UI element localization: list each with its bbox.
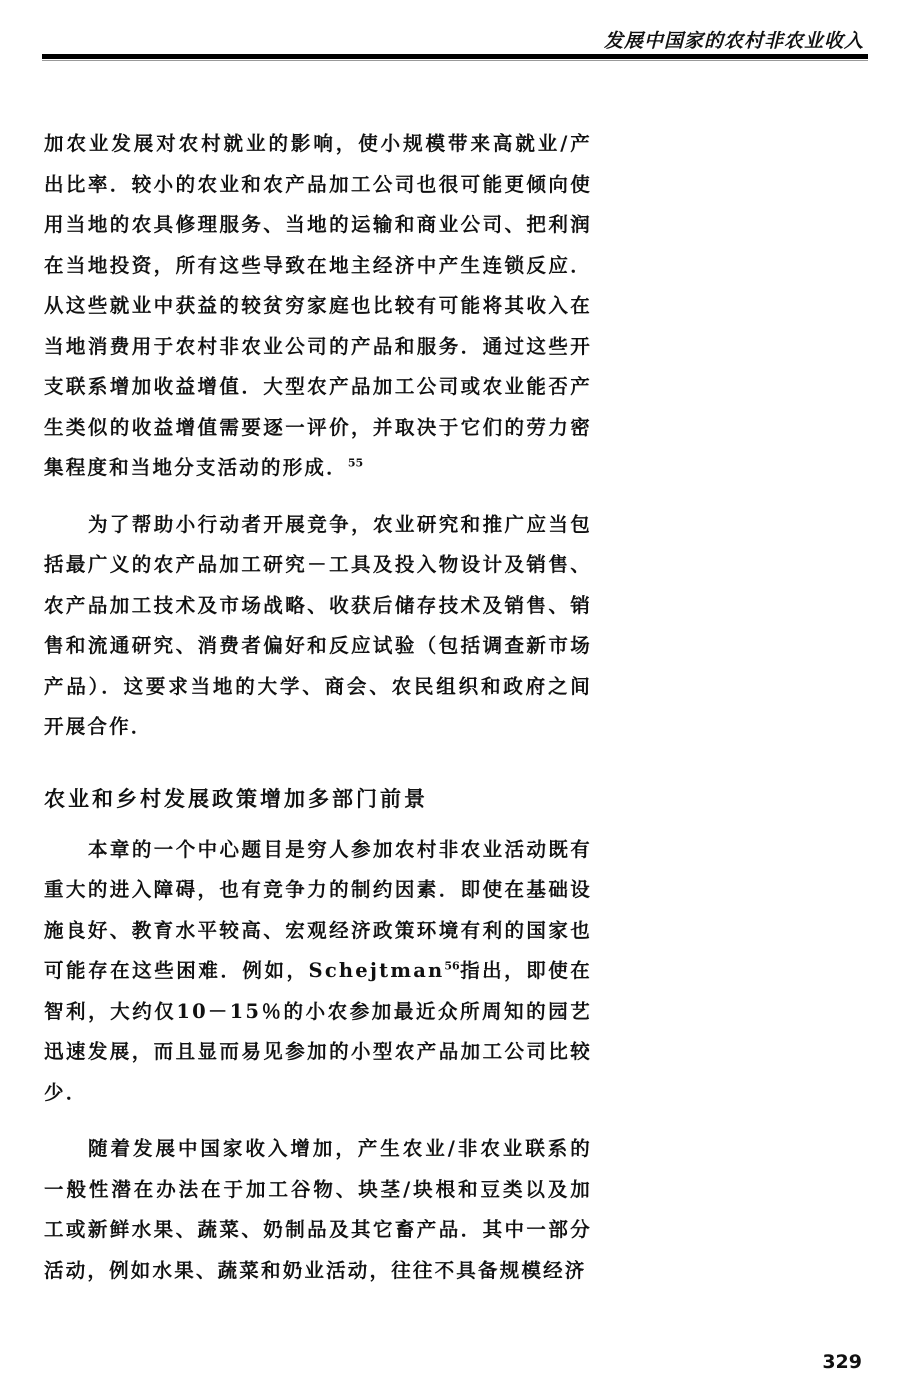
paragraph-3: 本章的一个中心题目是穷人参加农村非农业活动既有重大的进入障碍，也有竞争力的制约因… [44,830,592,1114]
paragraph-1: 加农业发展对农村就业的影响，使小规模带来高就业/产出比率．较小的农业和农产品加工… [44,124,592,489]
paragraph-4: 随着发展中国家收入增加，产生农业/非农业联系的一般性潜在办法在于加工谷物、块茎/… [44,1129,592,1291]
page-number: 329 [822,1351,862,1373]
footnote-ref-55: 55 [348,457,363,470]
running-head: 发展中国家的农村非农业收入 [604,26,864,53]
section-heading: 农业和乡村发展政策增加多部门前景 [44,782,592,816]
header-rule [42,54,868,59]
body-text: 加农业发展对农村就业的影响，使小规模带来高就业/产出比率．较小的农业和农产品加工… [44,124,592,1291]
header-rule-thin [42,60,868,61]
footnote-ref-56: 56 [444,960,459,973]
paragraph-2: 为了帮助小行动者开展竞争，农业研究和推广应当包括最广义的农产品加工研究－工具及投… [44,505,592,748]
paragraph-text: 加农业发展对农村就业的影响，使小规模带来高就业/产出比率．较小的农业和农产品加工… [44,132,592,479]
